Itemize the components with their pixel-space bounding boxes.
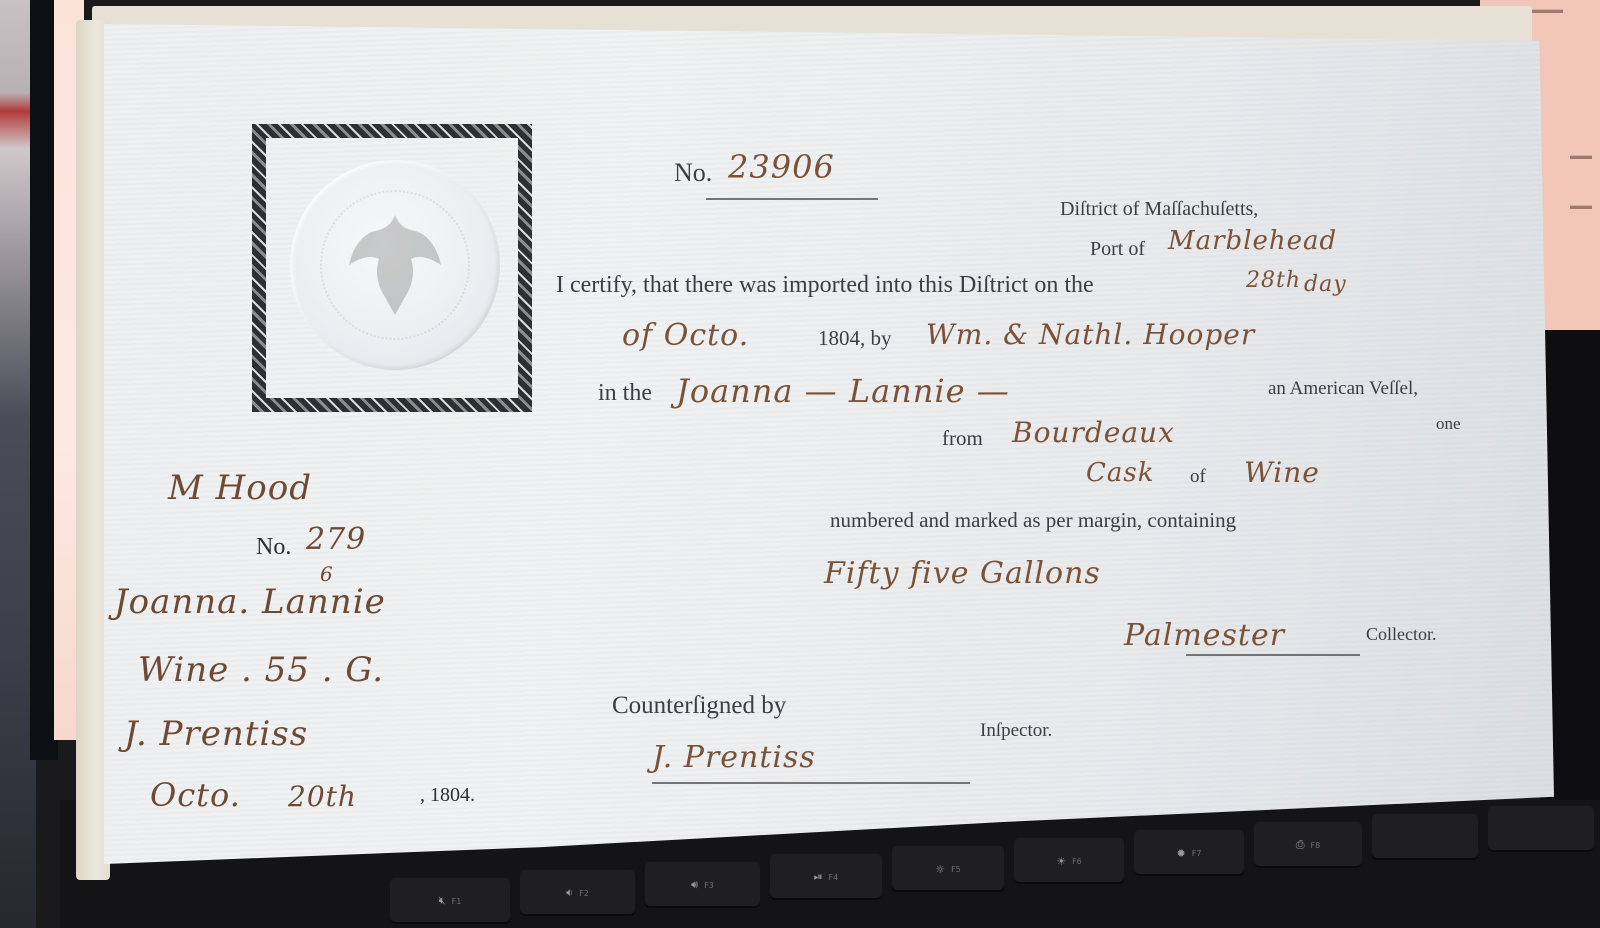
brightness-down-icon: ☀ xyxy=(1056,855,1066,868)
origin-value: Bourdeaux xyxy=(1012,416,1175,449)
importer-value: Wm. & Nathl. Hooper xyxy=(926,318,1255,351)
collector-signature: Palmester xyxy=(1124,618,1285,653)
collector-title: Collector. xyxy=(1366,624,1437,645)
certificate-number: 23906 xyxy=(728,148,835,186)
certificate-number-label: No. xyxy=(674,158,712,188)
key-f4[interactable]: ⏯F4 xyxy=(770,854,882,900)
key-f3[interactable]: 🔊︎F3 xyxy=(645,862,760,908)
margin-date-year: , 1804. xyxy=(420,784,475,807)
month-value: of Octo. xyxy=(622,318,749,353)
vessel-name-value: Joanna — Lannie — xyxy=(676,372,1010,410)
margin-date-day: 20th xyxy=(288,780,357,813)
inspector-signature: J. Prentiss xyxy=(652,740,816,775)
contents-value: Fifty five Gallons xyxy=(824,556,1101,591)
key-f8[interactable]: ⎙F8 xyxy=(1254,822,1362,868)
day-value: 28th xyxy=(1246,268,1301,293)
play-pause-icon: ⏯ xyxy=(814,870,823,884)
key-f2[interactable]: 🔉︎F2 xyxy=(520,870,635,916)
brightness-up-icon: ✹ xyxy=(1177,847,1186,860)
margin-number-label: No. xyxy=(256,534,291,561)
district-header: Diſtrict of Maſſachuſetts, xyxy=(1060,198,1258,221)
marked-text: numbered and marked as per margin, conta… xyxy=(830,508,1236,533)
number-underline xyxy=(706,198,878,200)
eagle-icon xyxy=(345,205,445,325)
margin-mark: M Hood xyxy=(168,468,312,508)
mute-icon: 🔇︎ xyxy=(439,894,446,908)
port-value: Marblehead xyxy=(1168,226,1337,256)
volume-up-icon: 🔊︎ xyxy=(691,878,698,892)
margin-goods: Wine . 55 . G. xyxy=(138,650,384,690)
container-value: Cask xyxy=(1086,458,1155,488)
in-the-label: in the xyxy=(598,380,652,407)
key-f10[interactable] xyxy=(1488,806,1594,852)
vessel-type-text: an American Veſſel, xyxy=(1268,378,1418,400)
volume-down-icon: 🔉︎ xyxy=(566,886,573,900)
day-label: day xyxy=(1304,272,1347,297)
key-f1[interactable]: 🔇︎F1 xyxy=(390,878,510,924)
of-label: of xyxy=(1190,466,1206,488)
camera-icon: ⎙ xyxy=(1296,838,1305,852)
goods-value: Wine xyxy=(1244,456,1320,489)
collector-signature-line xyxy=(1186,654,1360,656)
key-f6[interactable]: ☀F6 xyxy=(1014,838,1124,884)
inspector-signature-line xyxy=(652,782,970,784)
margin-vessel: Joanna. Lannie xyxy=(114,582,386,622)
countersigned-label: Counterſigned by xyxy=(612,692,786,720)
from-label: from xyxy=(942,426,983,451)
inspector-title: Inſpector. xyxy=(980,720,1052,742)
year-text: 1804, by xyxy=(818,326,892,351)
certify-text: I certify, that there was imported into … xyxy=(556,272,1094,299)
key-f5[interactable]: ☼F5 xyxy=(892,846,1004,892)
quantity-text: one xyxy=(1436,414,1461,434)
key-f9[interactable] xyxy=(1372,814,1478,860)
keyboard-backlight-icon: ☼ xyxy=(935,863,945,876)
margin-inspector: J. Prentiss xyxy=(124,714,308,754)
margin-number-value: 279 xyxy=(306,522,366,557)
key-f7[interactable]: ✹F7 xyxy=(1134,830,1244,876)
port-label: Port of xyxy=(1090,238,1145,261)
margin-date-month: Octo. xyxy=(150,776,241,814)
